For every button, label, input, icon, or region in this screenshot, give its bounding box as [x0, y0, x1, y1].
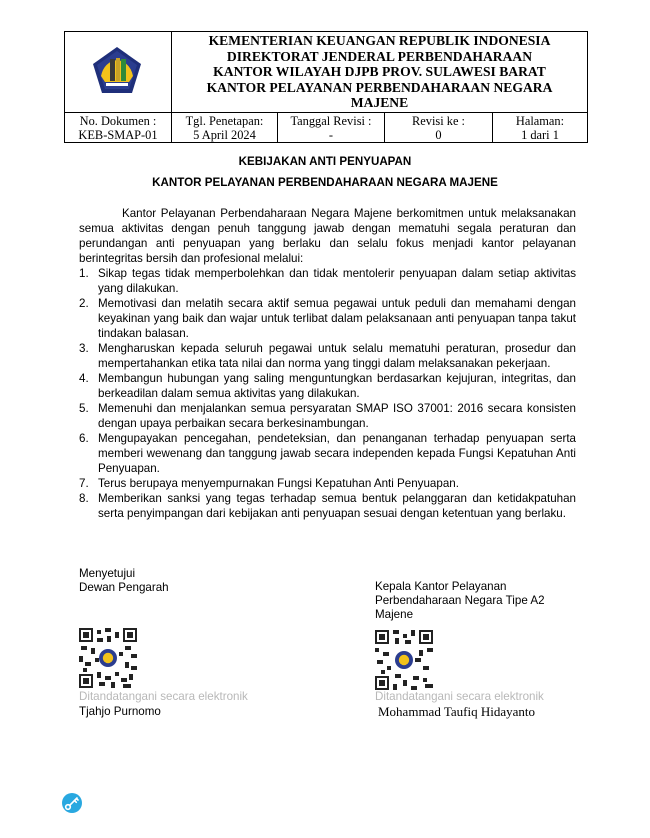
meta-label: Tanggal Revisi :: [278, 114, 384, 128]
meta-label: No. Dokumen :: [65, 114, 171, 128]
meta-value: 0: [385, 128, 492, 142]
title-line-4: KANTOR PELAYANAN PERBENDAHARAAN NEGARA: [172, 80, 587, 96]
meta-value: KEB-SMAP-01: [65, 128, 171, 142]
logo-cell: [65, 32, 172, 112]
item-text: Memenuhi dan menjalankan semua persyarat…: [98, 402, 576, 430]
meta-revision-number: Revisi ke : 0: [385, 113, 493, 143]
item-number: 7.: [79, 476, 89, 491]
meta-label: Revisi ke :: [385, 114, 492, 128]
signer-title-line-2: Perbendaharaan Negara Tipe A2: [375, 594, 545, 608]
list-item: 4.Membangun hubungan yang saling mengunt…: [79, 371, 576, 401]
item-number: 6.: [79, 431, 89, 446]
item-text: Mengupayakan pencegahan, pendeteksian, d…: [98, 432, 576, 475]
policy-subtitle: KANTOR PELAYANAN PERBENDAHARAAN NEGARA M…: [0, 176, 650, 189]
key-icon: [62, 793, 82, 813]
list-item: 6.Mengupayakan pencegahan, pendeteksian,…: [79, 431, 576, 476]
item-number: 2.: [79, 296, 89, 311]
approval-label: Menyetujui: [79, 567, 169, 581]
meta-value: 5 April 2024: [172, 128, 277, 142]
list-item: 2.Memotivasi dan melatih secara aktif se…: [79, 296, 576, 341]
document-header-table: KEMENTERIAN KEUANGAN REPUBLIK INDONESIA …: [64, 31, 588, 143]
meta-revision-date: Tanggal Revisi : -: [278, 113, 385, 143]
meta-value: -: [278, 128, 384, 142]
item-text: Sikap tegas tidak memperbolehkan dan tid…: [98, 267, 576, 295]
policy-title: KEBIJAKAN ANTI PENYUAPAN: [0, 155, 650, 168]
list-item: 5.Memenuhi dan menjalankan semua persyar…: [79, 401, 576, 431]
item-number: 5.: [79, 401, 89, 416]
title-line-1: KEMENTERIAN KEUANGAN REPUBLIK INDONESIA: [172, 33, 587, 49]
title-line-3: KANTOR WILAYAH DJPB PROV. SULAWESI BARAT: [172, 64, 587, 80]
item-number: 8.: [79, 491, 89, 506]
list-item: 3.Mengharuskan kepada seluruh pegawai un…: [79, 341, 576, 371]
item-text: Mengharuskan kepada seluruh pegawai untu…: [98, 342, 576, 370]
meta-issue-date: Tgl. Penetapan: 5 April 2024: [172, 113, 278, 143]
meta-value: 1 dari 1: [493, 128, 587, 142]
item-text: Terus berupaya menyempurnakan Fungsi Kep…: [98, 477, 459, 490]
item-text: Membangun hubungan yang saling menguntun…: [98, 372, 576, 400]
item-number: 4.: [79, 371, 89, 386]
item-number: 3.: [79, 341, 89, 356]
policy-body: Kantor Pelayanan Perbendaharaan Negara M…: [79, 206, 576, 521]
qr-code-icon[interactable]: [79, 628, 137, 688]
item-text: Memotivasi dan melatih secara aktif semu…: [98, 297, 576, 340]
signature-left: Menyetujui Dewan Pengarah: [79, 567, 169, 595]
meta-label: Tgl. Penetapan:: [172, 114, 277, 128]
intro-paragraph: Kantor Pelayanan Perbendaharaan Negara M…: [79, 206, 576, 266]
qr-code-icon[interactable]: [375, 630, 433, 690]
esign-note-right: Ditandatangani secara elektronik: [375, 690, 544, 704]
institution-title: KEMENTERIAN KEUANGAN REPUBLIK INDONESIA …: [172, 32, 587, 113]
signer-name-right: Mohammad Taufiq Hidayanto: [378, 705, 535, 719]
signer-name-left: Tjahjo Purnomo: [79, 705, 161, 719]
item-number: 1.: [79, 266, 89, 281]
title-line-5: MAJENE: [172, 95, 587, 111]
signer-role: Dewan Pengarah: [79, 581, 169, 595]
list-item: 7.Terus berupaya menyempurnakan Fungsi K…: [79, 476, 576, 491]
meta-document-number: No. Dokumen : KEB-SMAP-01: [65, 113, 172, 143]
item-text: Memberikan sanksi yang tegas terhadap se…: [98, 492, 576, 520]
esign-note-left: Ditandatangani secara elektronik: [79, 690, 248, 704]
list-item: 8.Memberikan sanksi yang tegas terhadap …: [79, 491, 576, 521]
title-line-2: DIREKTORAT JENDERAL PERBENDAHARAAN: [172, 49, 587, 65]
signer-title-line-3: Majene: [375, 608, 545, 622]
meta-page: Halaman: 1 dari 1: [493, 113, 587, 143]
key-button[interactable]: [62, 793, 82, 813]
signature-right: Kepala Kantor Pelayanan Perbendaharaan N…: [375, 580, 545, 621]
signer-title-line-1: Kepala Kantor Pelayanan: [375, 580, 545, 594]
meta-label: Halaman:: [493, 114, 587, 128]
kemenkeu-emblem-icon: [92, 46, 142, 94]
document-meta-row: No. Dokumen : KEB-SMAP-01 Tgl. Penetapan…: [65, 112, 587, 143]
policy-list: 1.Sikap tegas tidak memperbolehkan dan t…: [79, 266, 576, 521]
list-item: 1.Sikap tegas tidak memperbolehkan dan t…: [79, 266, 576, 296]
